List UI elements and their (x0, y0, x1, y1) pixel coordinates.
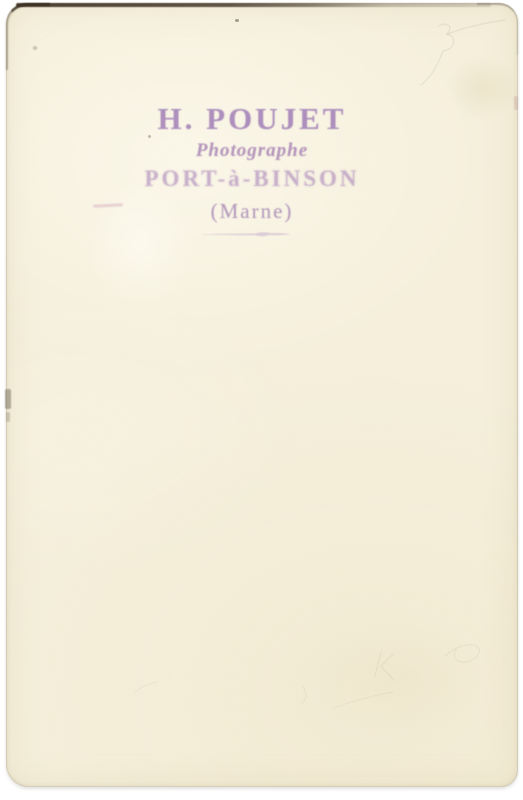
paper-light-patch (85, 179, 195, 309)
stamp-photographer-name: H. POUJET (7, 101, 497, 137)
stamp-profession: Photographe (7, 140, 497, 162)
card-corner-top-left (6, 3, 50, 70)
paper-stain (447, 56, 519, 120)
pencil-marks (7, 4, 517, 786)
paper-speck (148, 135, 151, 138)
card-top-edge (16, 3, 491, 7)
card-left-edge-nick (5, 389, 11, 409)
flourish-divider-icon (201, 230, 303, 239)
cabinet-card-verso: H. POUJET Photographe PORT-à-BINSON (Mar… (6, 3, 518, 787)
stamp-department: (Marne) (7, 199, 497, 223)
stamp-location: PORT-à-BINSON (7, 166, 497, 192)
card-corner-top-right (477, 3, 518, 55)
card-left-edge-nick (6, 412, 10, 422)
paper-stain (307, 624, 487, 734)
stray-ink-smudge (93, 203, 123, 208)
paper-speck (33, 46, 37, 50)
scan-background: H. POUJET Photographe PORT-à-BINSON (Mar… (0, 0, 523, 800)
paper-speck (235, 19, 239, 22)
photographer-stamp: H. POUJET Photographe PORT-à-BINSON (Mar… (7, 101, 517, 244)
card-right-edge-nick (514, 96, 518, 110)
